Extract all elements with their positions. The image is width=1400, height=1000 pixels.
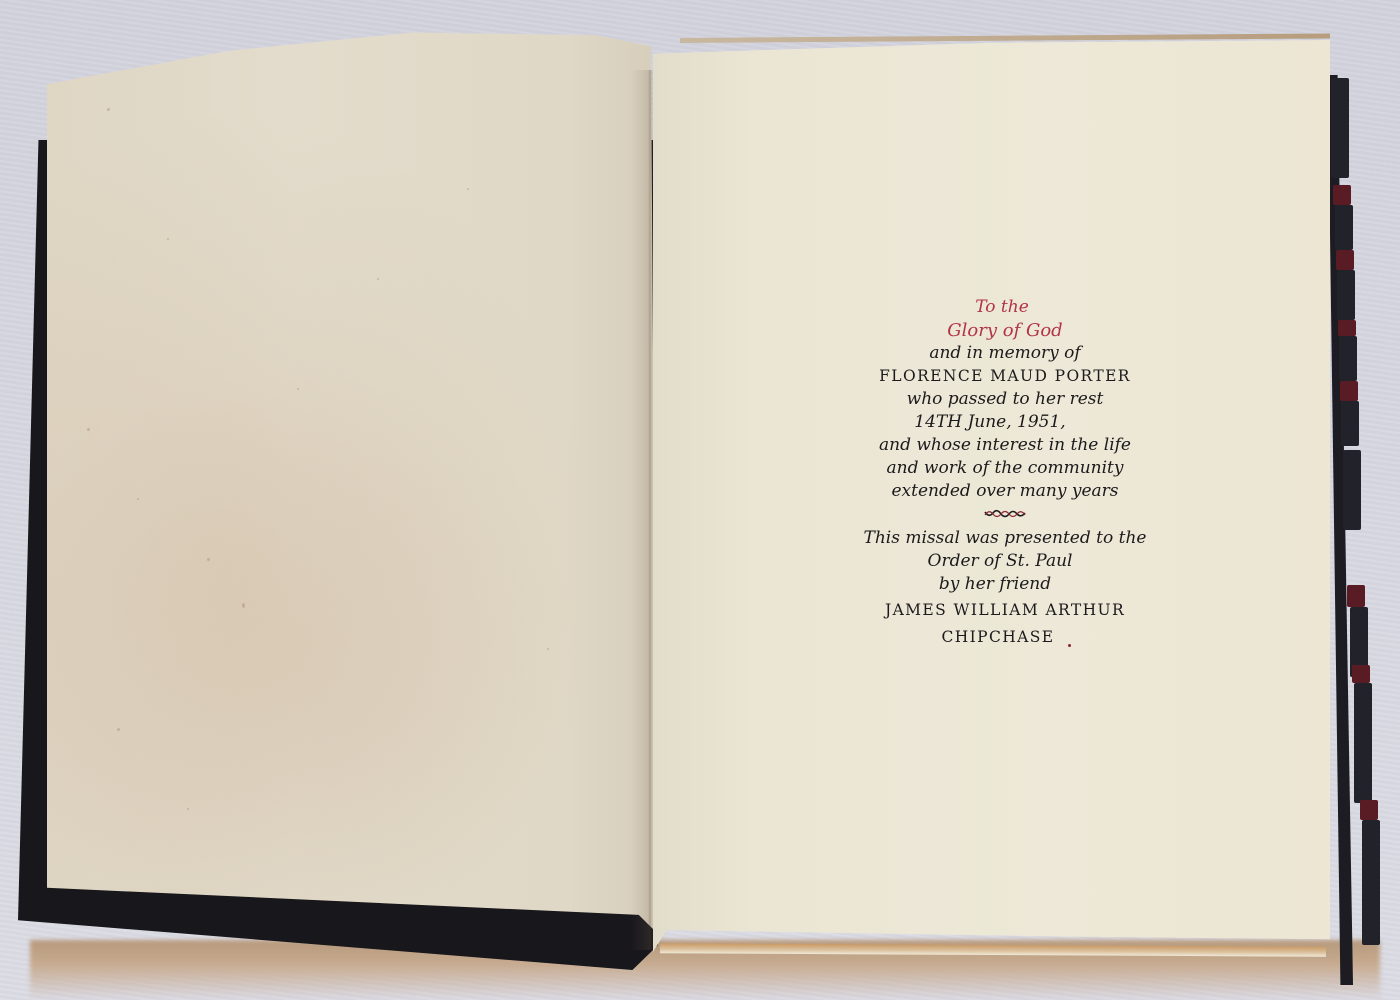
thumb-tab[interactable] [1347,585,1365,607]
dedication-line: who passed to her rest [850,388,1160,411]
thumb-tab[interactable] [1338,320,1356,336]
dedication-line: extended over many years [850,480,1160,503]
ink-dot [1068,644,1071,647]
thumb-tab[interactable] [1339,336,1357,381]
thumb-tab[interactable] [1333,185,1351,205]
foxing-spot [242,603,245,608]
thumb-tab[interactable] [1340,381,1358,401]
foxing-spot [117,728,120,731]
foxing-spot [137,498,139,500]
dedication-heading-line-1: To the [844,296,1160,319]
dedication-line: and in memory of [850,342,1160,365]
dedication-date: 14TH June, 1951, [820,411,1160,434]
honoree-name: FLORENCE MAUD PORTER [850,365,1160,388]
foxing-spot [167,238,169,240]
dedication-line: and whose interest in the life [850,434,1160,457]
dedication-heading-line-2: Glory of God [850,319,1160,342]
foxing-spot [207,558,210,561]
foxing-spot [377,278,379,280]
thumb-tab[interactable] [1343,450,1361,530]
thumb-tab[interactable] [1336,250,1354,270]
thumb-tab[interactable] [1360,800,1378,820]
foxing-spot [87,428,90,431]
thumb-tab[interactable] [1341,401,1359,446]
foxing-spot [187,808,189,810]
left-page-blank[interactable] [47,28,657,933]
foxing-spot [467,188,469,190]
presentation-line: Order of St. Paul [840,550,1160,573]
thumb-tab[interactable] [1331,78,1349,178]
thumb-tab[interactable] [1337,270,1355,320]
thumb-tab[interactable] [1352,665,1370,683]
presentation-line: This missal was presented to the [850,527,1160,550]
dedication-text: To the Glory of God and in memory of FLO… [850,296,1160,649]
donor-surname: CHIPCHASE [836,626,1160,649]
donor-name: JAMES WILLIAM ARTHUR [850,599,1160,622]
thumb-tab[interactable] [1354,683,1372,803]
dedication-line: and work of the community [850,457,1160,480]
foxing-spot [547,648,549,650]
thumb-tab[interactable] [1335,205,1353,250]
foxing-spot [297,388,299,390]
ornamental-flourish-icon [983,509,1027,519]
thumb-tab[interactable] [1362,820,1380,945]
foxing-spot [107,108,110,111]
presentation-line: by her friend [830,573,1160,596]
